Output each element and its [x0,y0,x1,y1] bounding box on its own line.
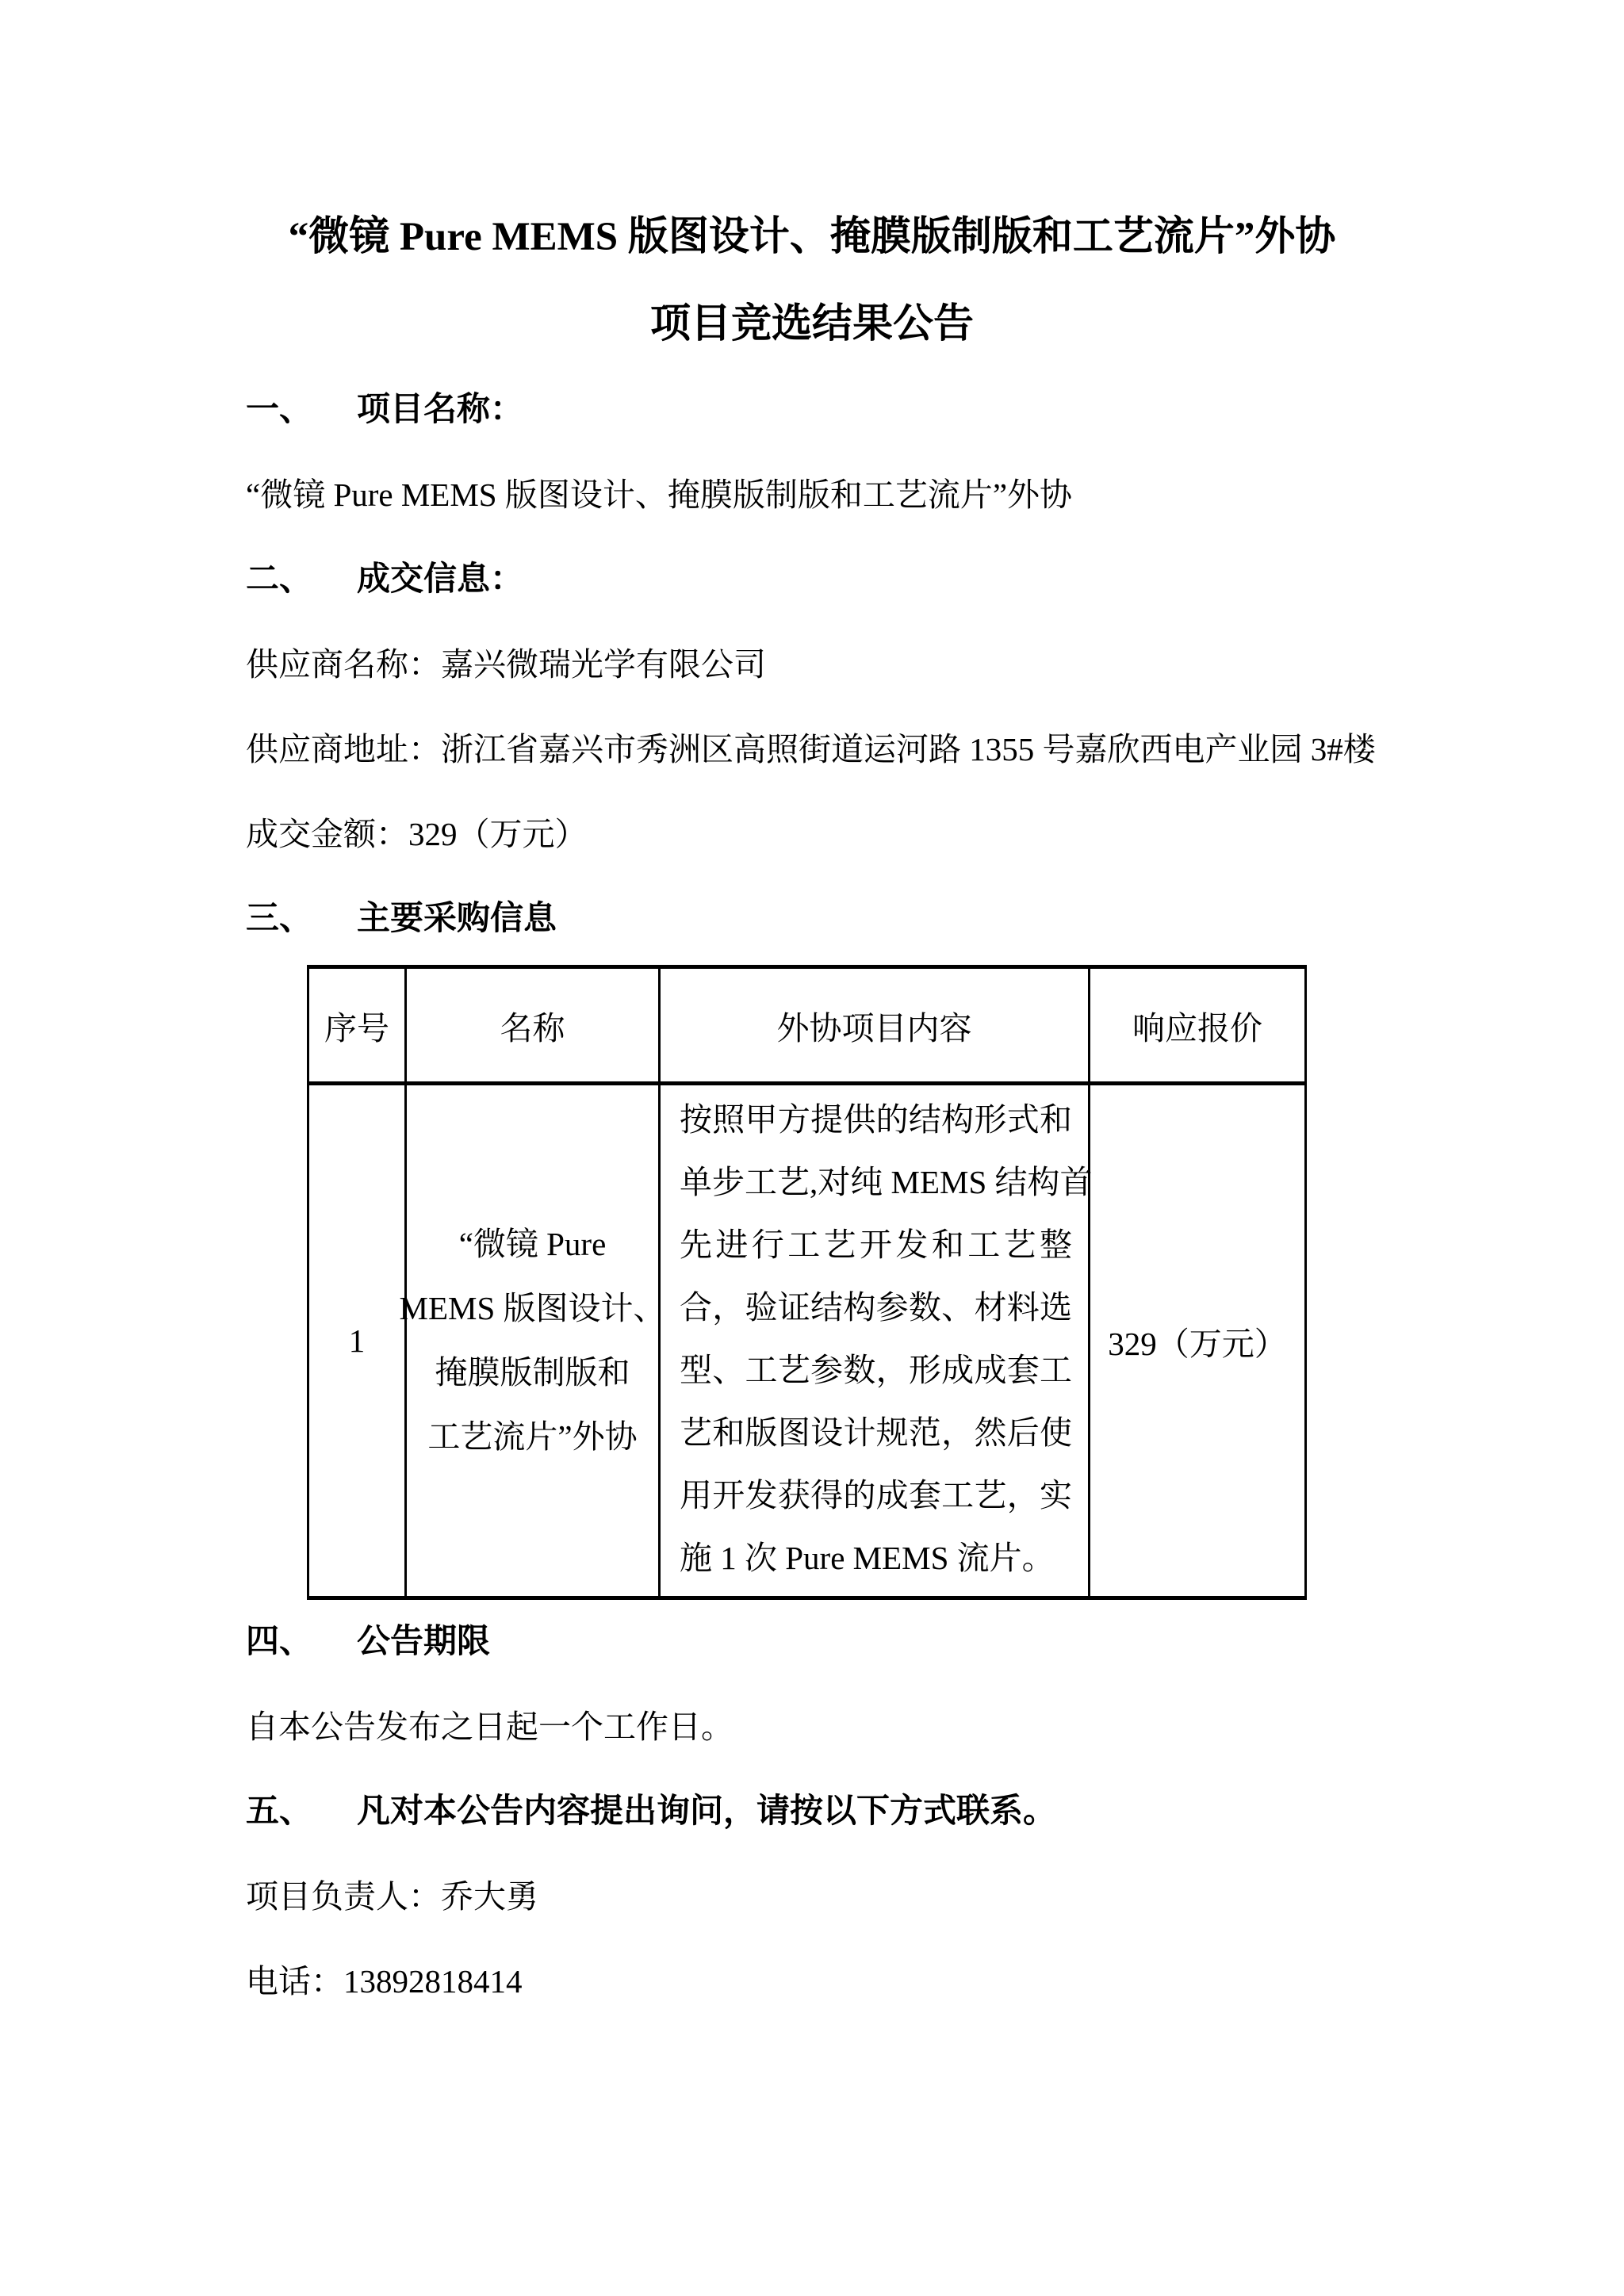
content-line: 按照甲方提供的结构形式和 [680,1089,1072,1151]
section-3-heading: 三、主要采购信息 [246,877,1378,962]
table-header-name: 名称 [407,969,661,1081]
table-cell-price: 329（万元） [1090,1085,1304,1596]
section-5-title: 凡对本公告内容提出询问，请按以下方式联系。 [357,1793,1056,1830]
supplier-name-paragraph: 供应商名称：嘉兴微瑞光学有限公司 [246,622,1378,707]
phone-paragraph: 电话：13892818414 [246,1939,1378,2024]
project-leader-paragraph: 项目负责人：乔大勇 [246,1854,1378,1939]
section-5-number: 五、 [246,1770,357,1854]
content-line: 型、工艺参数，形成成套工 [680,1339,1072,1402]
table-cell-seq: 1 [309,1085,407,1596]
section-2-number: 二、 [246,538,357,622]
content-line: 施 1 次 Pure MEMS 流片。 [680,1527,1072,1590]
document-title-line-2: 项目竞选结果公告 [246,281,1378,368]
section-5-heading: 五、凡对本公告内容提出询问，请按以下方式联系。 [246,1770,1378,1854]
document-title-line-1: “微镜 Pure MEMS 版图设计、掩膜版制版和工艺流片”外协 [246,193,1378,281]
section-2-title: 成交信息： [357,561,523,598]
table-header-price: 响应报价 [1090,969,1304,1081]
document-page: “微镜 Pure MEMS 版图设计、掩膜版制版和工艺流片”外协 项目竞选结果公… [0,0,1624,2296]
section-3-title: 主要采购信息 [357,901,557,937]
content-line: 合，验证结构参数、材料选 [680,1276,1072,1339]
table-header-row: 序号 名称 外协项目内容 响应报价 [309,969,1304,1085]
table-header-content: 外协项目内容 [661,969,1090,1081]
name-line: 掩膜版制版和 [435,1341,630,1405]
table-cell-content: 按照甲方提供的结构形式和 单步工艺,对纯 MEMS 结构首 先进行工艺开发和工艺… [661,1085,1090,1596]
section-4-number: 四、 [246,1600,357,1685]
section-1-heading: 一、项目名称： [246,368,1378,453]
deal-amount-paragraph: 成交金额：329（万元） [246,792,1378,877]
table-row: 1 “微镜 Pure MEMS 版图设计、 掩膜版制版和 工艺流片”外协 按照甲… [309,1085,1304,1596]
procurement-info-table: 序号 名称 外协项目内容 响应报价 1 “微镜 Pure MEMS 版图设计、 … [307,965,1307,1600]
name-line: 工艺流片”外协 [427,1405,637,1469]
section-1-number: 一、 [246,368,357,453]
name-line: MEMS 版图设计、 [400,1276,666,1341]
section-3-number: 三、 [246,877,357,962]
section-4-title: 公告期限 [357,1624,490,1660]
project-name-paragraph: “微镜 Pure MEMS 版图设计、掩膜版制版和工艺流片”外协 [246,453,1378,538]
section-2-heading: 二、成交信息： [246,538,1378,622]
content-line: 用开发获得的成套工艺，实 [680,1464,1072,1527]
section-1-title: 项目名称： [357,392,523,428]
table-cell-name: “微镜 Pure MEMS 版图设计、 掩膜版制版和 工艺流片”外协 [407,1085,661,1596]
supplier-address-paragraph: 供应商地址：浙江省嘉兴市秀洲区高照街道运河路 1355 号嘉欣西电产业园 3#楼 [246,707,1378,792]
content-line: 艺和版图设计规范，然后使 [680,1402,1072,1464]
name-line: “微镜 Pure [459,1212,607,1276]
document-title: “微镜 Pure MEMS 版图设计、掩膜版制版和工艺流片”外协 项目竞选结果公… [246,193,1378,368]
content-line: 单步工艺,对纯 MEMS 结构首 [680,1151,1072,1214]
section-4-heading: 四、公告期限 [246,1600,1378,1685]
content-line: 先进行工艺开发和工艺整 [680,1214,1072,1276]
table-header-seq: 序号 [309,969,407,1081]
notice-period-paragraph: 自本公告发布之日起一个工作日。 [246,1685,1378,1770]
